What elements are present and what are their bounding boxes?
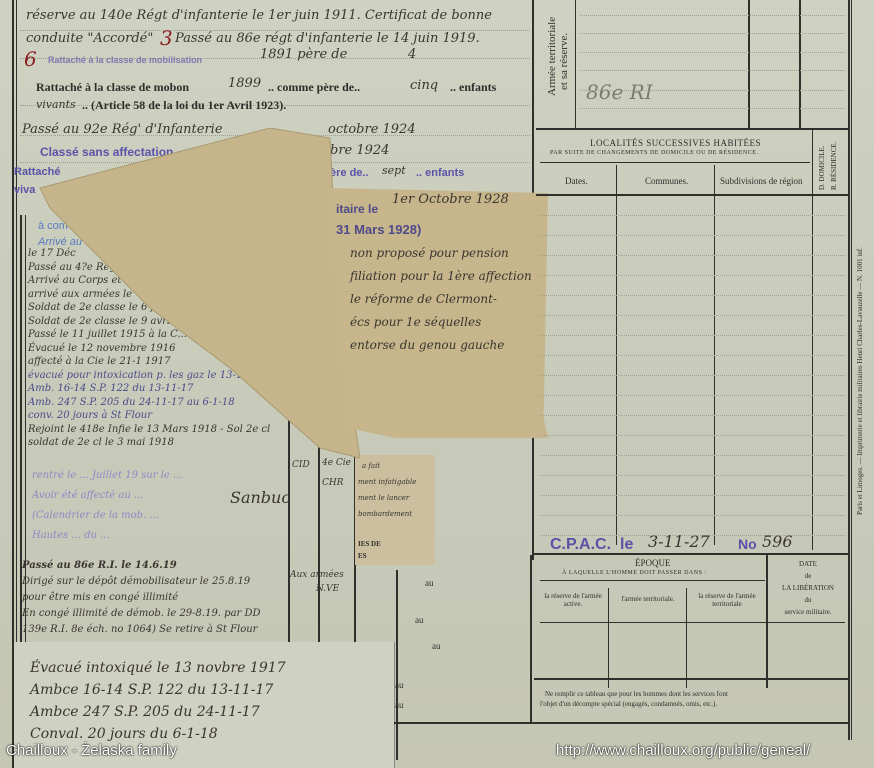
rattache-2-vivants: vivants [36, 98, 76, 111]
col-subdivisions: Subdivisions de région [720, 176, 803, 186]
bottom-note-line: Ambce 247 S.P. 205 du 24-11-17 [30, 704, 260, 720]
regiment-note: 86e RI [586, 80, 653, 104]
folded-paper-flap [30, 128, 360, 468]
localites-subtitle: PAR SUITE DE CHANGEMENTS DE DOMICILE OU … [550, 150, 758, 156]
note-slip-line: entorse du genou gauche [350, 338, 504, 352]
rattache-stamp-1: Rattaché à la classe de mobilisation [48, 55, 202, 65]
epoque-col-reserve-territoriale: la réserve de l'armée territoriale [692, 592, 762, 608]
note-nve: N.VE [316, 584, 339, 594]
note-chr: CHR [322, 478, 344, 488]
vertical-label-reserve: et sa réserve. [558, 33, 570, 90]
rattache-2-count: cinq [410, 78, 438, 93]
record-line-2b: Passé au 86e régt d'infanterie le 14 jui… [175, 31, 480, 46]
cpac-label: C.P.A.C. [550, 536, 611, 554]
col-communes: Communes. [645, 176, 688, 186]
note-slip-line: non proposé pour pension [350, 246, 509, 260]
vertical-label-armee: Armée territoriale [546, 17, 558, 96]
liberation-line: LA LIBÉRATION [770, 582, 846, 594]
cpac-date: 3-11-27 [648, 532, 710, 551]
red-mark-6: 6 [24, 47, 37, 71]
lower-entry: Dirigé sur le dépôt démobilisateur le 25… [22, 576, 250, 587]
bottom-note-line: Conval. 20 jours du 6-1-18 [30, 726, 218, 742]
printer-imprint: Paris et Limoges. — Imprimerie et librai… [856, 247, 864, 515]
cpac-le: le [620, 536, 633, 554]
liberation-line: du [770, 594, 846, 606]
au-label: au [395, 680, 404, 690]
date-liberation-header: DATEdeLA LIBÉRATIONduservice militaire. [770, 558, 846, 618]
liberation-line: service militaire. [770, 606, 846, 618]
epoque-title: ÉPOQUE [635, 558, 671, 568]
rattache-2-mid: .. comme père de.. [268, 80, 360, 95]
liberation-line: DATE [770, 558, 846, 570]
col-domicile: D. DOMICILE. [818, 145, 826, 190]
note-slip-line: le réforme de Clermont- [350, 292, 497, 306]
document-scan: réserve au 140e Régt d'infanterie le 1er… [0, 0, 874, 768]
rattache-2-label: Rattaché à la classe de mobon [36, 80, 189, 95]
au-label: au [425, 578, 434, 588]
record-line-1: réserve au 140e Régt d'infanterie le 1er… [26, 8, 492, 23]
rattache-2-article: .. (Article 58 de la loi du 1er Avril 19… [82, 98, 286, 113]
rattache-2-year: 1899 [228, 76, 261, 91]
footnote-line-2: l'objet d'un décompte spécial (engagés, … [540, 700, 717, 708]
rattache-1-value: 1891 père de [260, 47, 347, 62]
militaire-label: itaire le [336, 202, 378, 216]
note-slip-line: écs pour 1e séquelles [350, 315, 481, 329]
watermark-family: Chailloux - Żelaska family [6, 742, 177, 759]
rattache-1-count: 4 [408, 47, 416, 62]
rattache-3-c: .. enfants [416, 167, 464, 179]
lower-entry: 139e R.I. 8e éch. no 1064) Se retire à S… [22, 624, 257, 635]
au-label: au [415, 615, 424, 625]
cpac-number: 596 [762, 532, 793, 551]
localites-title: LOCALITÉS SUCCESSIVES HABITÉES [590, 138, 761, 148]
bottom-note-line: Évacué intoxiqué le 13 novbre 1917 [30, 660, 286, 676]
red-mark-3: 3 [160, 26, 173, 50]
mars-1928: 31 Mars 1928) [336, 222, 421, 237]
record-line-2: conduite "Accordé" [26, 31, 153, 46]
epoque-col-territoriale: l'armée territoriale. [614, 595, 682, 603]
rattache-2-end: .. enfants [450, 80, 496, 95]
note-aux-armees: Aux armées [290, 570, 344, 580]
lower-entry: En congé illimité de démob. le 29-8.19. … [22, 608, 261, 619]
faded-entry: (Calendrier de la mob. ... [32, 510, 159, 521]
militaire-date: 1er Octobre 1928 [392, 192, 509, 207]
liberation-line: de [770, 570, 846, 582]
col-dates: Dates. [565, 176, 588, 186]
note-slip-line: filiation pour la 1ère affection [350, 269, 532, 283]
epoque-subtitle: À LAQUELLE L'HOMME DOIT PASSER DANS : [562, 570, 707, 576]
lower-entry: pour être mis en congé illimité [22, 592, 178, 603]
au-label: au [395, 700, 404, 710]
epoque-col-reserve-active: la réserve de l'armée active. [542, 592, 604, 608]
faded-entry: Hautes ... du ... [32, 530, 110, 541]
faded-entry: Avoir été affecté au ... [32, 490, 143, 501]
lower-entry: Passé au 86e R.I. le 14.6.19 [22, 560, 177, 571]
rattache-3-count: sept [382, 164, 406, 177]
signature: Sanbuc [230, 488, 290, 507]
bottom-note-line: Ambce 16-14 S.P. 122 du 13-11-17 [30, 682, 273, 698]
col-residence: R. RÉSIDENCE. [830, 142, 838, 190]
footnote-line-1: Ne remplir ce tableau que pour les homme… [545, 690, 728, 698]
faded-entry: rentré le ... Juillet 19 sur le ... [32, 470, 182, 481]
watermark-url[interactable]: http://www.chailloux.org/public/geneal/ [556, 742, 810, 759]
au-label: au [432, 641, 441, 651]
cpac-no-label: No [738, 536, 757, 552]
